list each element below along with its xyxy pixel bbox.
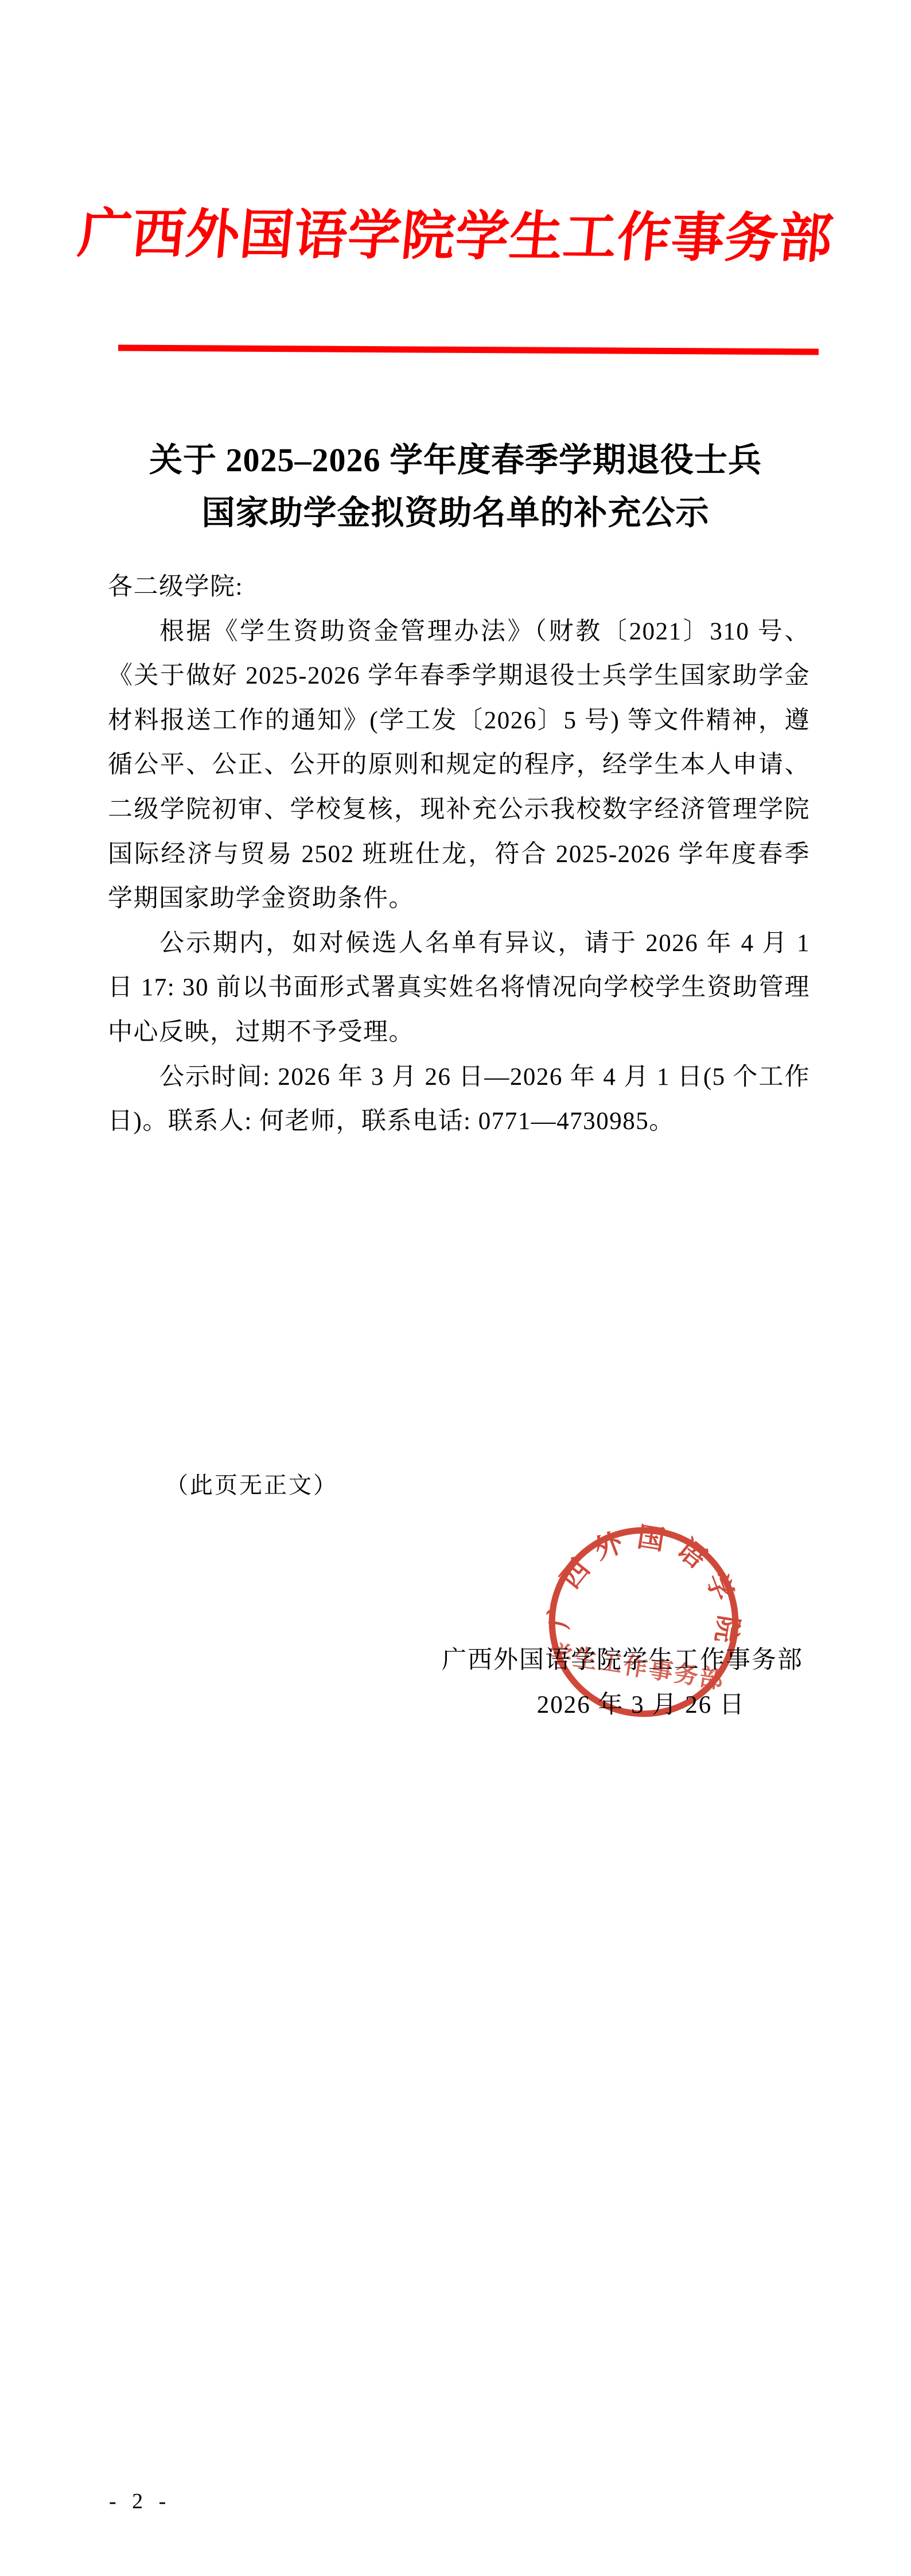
paragraph-contact-info: 公示时间: 2026 年 3 月 26 日—2026 年 4 月 1 日(5 个…: [108, 1055, 810, 1144]
salutation: 各二级学院:: [108, 565, 810, 610]
document-title-line2: 国家助学金拟资助名单的补充公示: [0, 487, 911, 540]
document-title-line1: 关于 2025–2026 学年度春季学期退役士兵: [0, 434, 911, 487]
seal-arc-text: 广西外国语学院: [543, 1510, 756, 1657]
letterhead-org-title: 广西外国语学院学生工作事务部: [0, 204, 911, 269]
letterhead-divider-line: [118, 344, 819, 355]
document-title: 关于 2025–2026 学年度春季学期退役士兵 国家助学金拟资助名单的补充公示: [0, 434, 911, 540]
official-red-seal: 广西外国语学院 学生工作事务部: [524, 1503, 763, 1741]
paragraph-objection-period: 公示期内，如对候选人名单有异议，请于 2026 年 4 月 1 日 17: 30…: [108, 921, 810, 1055]
document-body: 各二级学院: 根据《学生资助资金管理办法》（财教〔2021〕310 号、《关于做…: [108, 565, 810, 1144]
no-body-text-note: （此页无正文）: [165, 1467, 338, 1500]
paragraph-basis: 根据《学生资助资金管理办法》（财教〔2021〕310 号、《关于做好 2025-…: [108, 610, 810, 921]
document-page: 广西外国语学院学生工作事务部 关于 2025–2026 学年度春季学期退役士兵 …: [0, 0, 911, 2576]
page-number: - 2 -: [109, 2489, 171, 2514]
